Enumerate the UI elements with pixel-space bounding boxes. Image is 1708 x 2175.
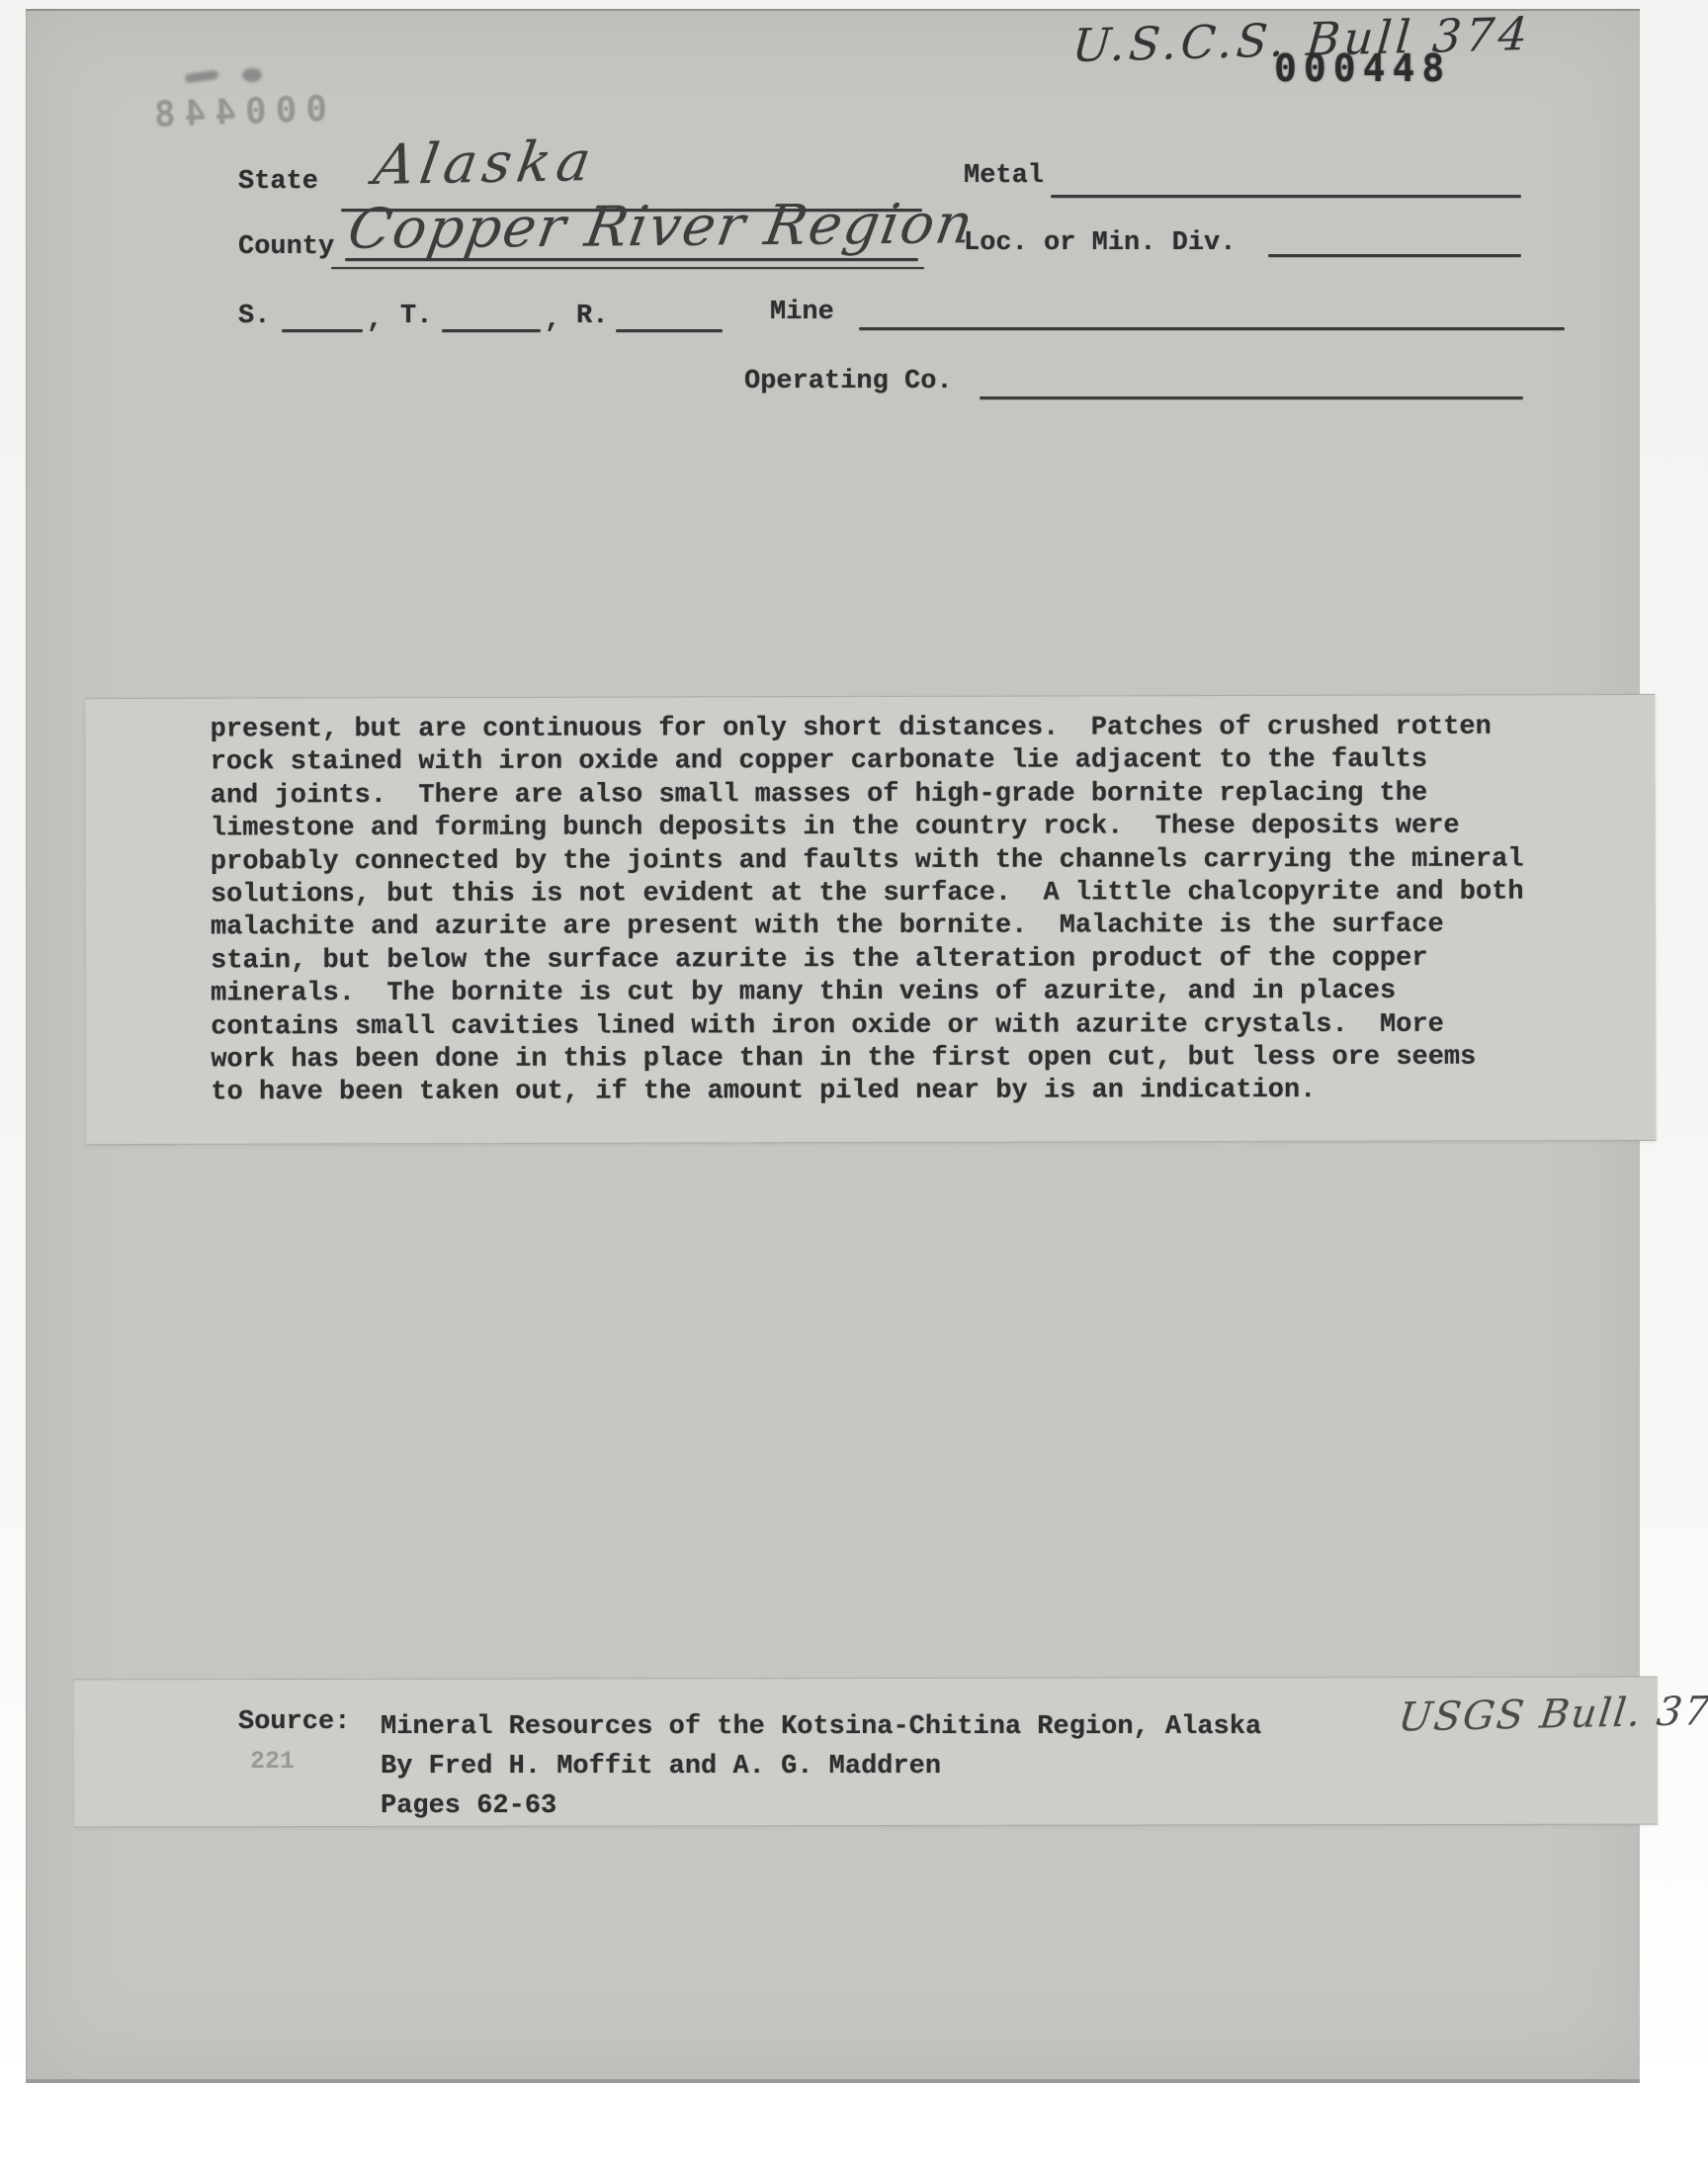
township-line (442, 329, 541, 332)
faint-page-number: 221 (250, 1747, 295, 1776)
loc-min-div-line (1268, 254, 1521, 257)
metal-field-label: Metal (964, 161, 1044, 191)
serial-number-stamp: 000448 (1274, 46, 1451, 90)
source-citation-text: Mineral Resources of the Kotsina-Chitina… (381, 1707, 1261, 1826)
range-label: R. (576, 302, 608, 331)
handwritten-usgs-bulletin-note: USGS Bull. 374 (1396, 1688, 1708, 1740)
scanned-page: U.S.C.S. Bull 374 000448 000448 State Al… (0, 0, 1708, 2175)
operating-co-line (980, 396, 1523, 399)
range-line (616, 329, 723, 332)
state-field-value: Alaska (370, 130, 601, 198)
county-field-label: County (238, 232, 334, 262)
comma-separator: , (545, 305, 560, 335)
mine-field-line (859, 327, 1565, 330)
metal-field-line (1051, 195, 1521, 198)
operating-co-label: Operating Co. (744, 367, 953, 396)
excerpt-paragraph: present, but are continuous for only sho… (211, 712, 1524, 1111)
state-field-label: State (238, 167, 318, 197)
loc-min-div-label: Loc. or Min. Div. (964, 228, 1236, 258)
comma-separator: , (367, 305, 383, 335)
mirrored-ink-offset-stamp: 000448 (144, 89, 327, 135)
township-label: T. (400, 302, 432, 331)
county-field-line-2 (331, 267, 924, 269)
ink-smudge (185, 70, 219, 84)
index-card: U.S.C.S. Bull 374 000448 000448 State Al… (26, 9, 1640, 2083)
section-label: S. (238, 302, 270, 331)
county-field-value: Copper River Region (344, 192, 980, 262)
ink-smudge (242, 68, 262, 82)
county-field-line (345, 258, 918, 261)
section-line (282, 329, 363, 332)
mine-field-label: Mine (770, 298, 834, 327)
source-label: Source: (238, 1707, 350, 1737)
